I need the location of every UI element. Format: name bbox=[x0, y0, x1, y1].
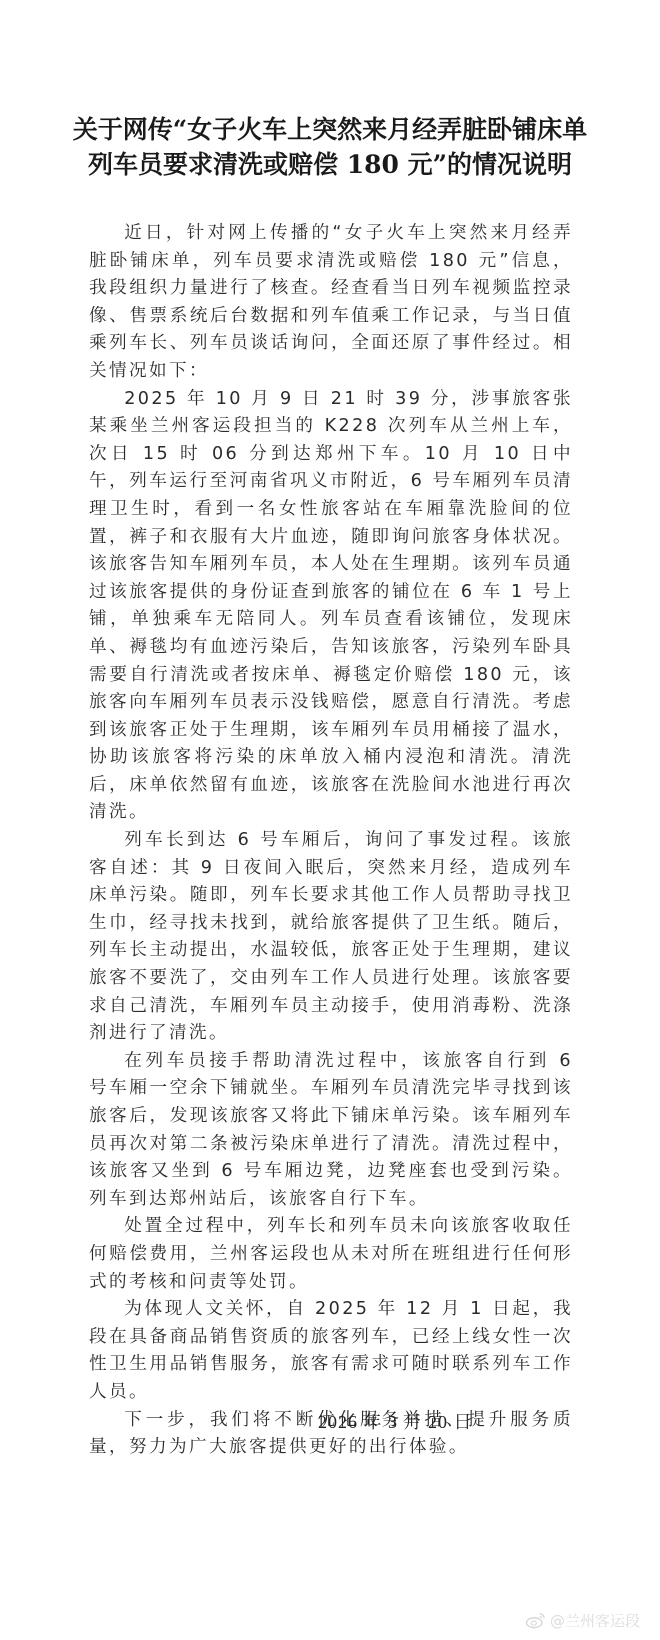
paragraph-second-cleaning: 在列车员接手帮助清洗过程中，该旅客自行到 6 号车厢一空余下铺就坐。车厢列车员清… bbox=[89, 1048, 573, 1214]
document-title: 关于网传“女子火车上突然来月经弄脏卧铺床单 列车员要求清洗或赔偿 180 元”的… bbox=[0, 112, 660, 182]
weibo-logo-icon bbox=[525, 1611, 547, 1629]
watermark-text: @兰州客运段 bbox=[550, 1610, 640, 1631]
paragraph-conductor: 列车长到达 6 号车厢后，询问了事发过程。该旅客自述：其 9 日夜间入眠后，突然… bbox=[89, 827, 573, 1048]
paragraph-new-service: 为体现人文关怀，自 2025 年 12 月 1 日起，我段在具备商品销售资质的旅… bbox=[89, 1296, 573, 1406]
title-line-2: 列车员要求清洗或赔偿 180 元”的情况说明 bbox=[0, 147, 660, 182]
paragraph-incident: 2025 年 10 月 9 日 21 时 39 分，涉事旅客张某乘坐兰州客运段担… bbox=[89, 386, 573, 828]
paragraph-intro: 近日，针对网上传播的“女子火车上突然来月经弄脏卧铺床单，列车员要求清洗或赔偿 1… bbox=[89, 220, 573, 386]
document-body: 近日，针对网上传播的“女子火车上突然来月经弄脏卧铺床单，列车员要求清洗或赔偿 1… bbox=[89, 220, 573, 1462]
title-line-1: 关于网传“女子火车上突然来月经弄脏卧铺床单 bbox=[0, 112, 660, 147]
paragraph-no-fees: 处置全过程中，列车长和列车员未向该旅客收取任何赔偿费用，兰州客运段也从未对所在班… bbox=[89, 1213, 573, 1296]
document-page: 关于网传“女子火车上突然来月经弄脏卧铺床单 列车员要求清洗或赔偿 180 元”的… bbox=[0, 0, 660, 1640]
document-date: 2026 年 3 月 20 日 bbox=[318, 1408, 473, 1434]
watermark: @兰州客运段 bbox=[525, 1609, 640, 1631]
